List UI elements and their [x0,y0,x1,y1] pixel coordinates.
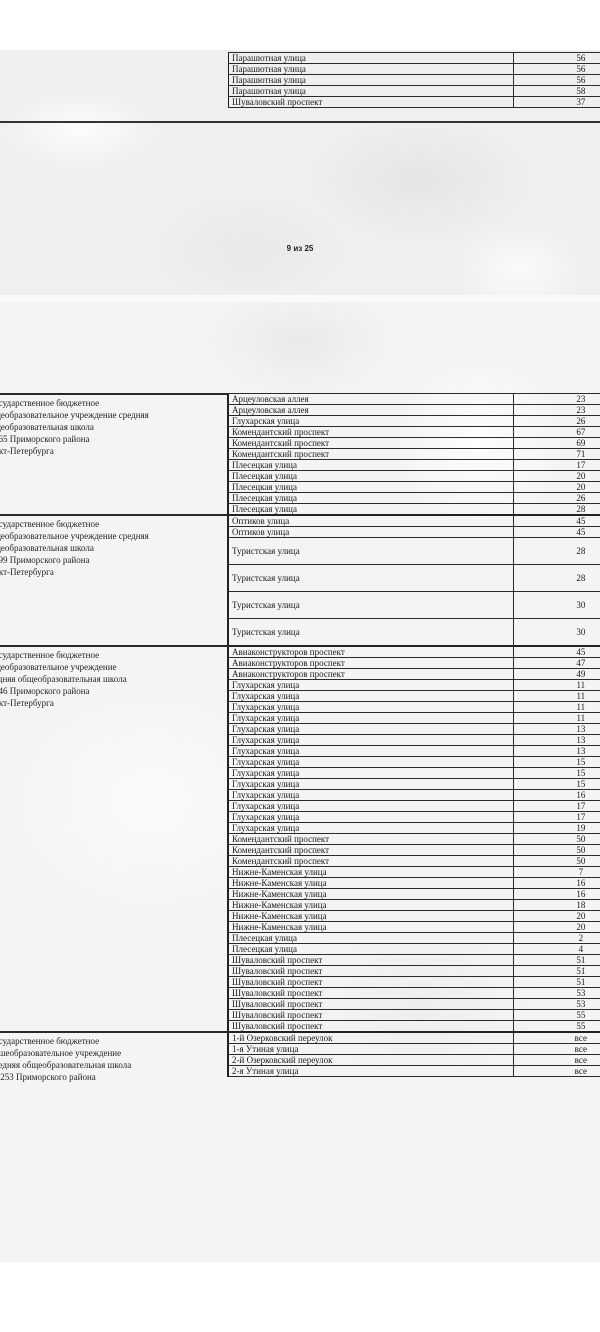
street-cell: Глухарская улица [229,713,514,724]
street-cell: Шуваловский проспект [229,988,514,999]
street-cell: Глухарская улица [229,790,514,801]
table-row: Арцеуловская аллея23 [229,405,600,416]
house-number-cell: 28 [513,538,600,565]
house-number-cell: 11 [513,691,600,702]
street-cell: Оптиков улица [229,527,514,538]
street-cell: Комендантский проспект [229,845,514,856]
house-number-cell: все [513,1055,600,1066]
table-row: 1-й Озерковский переулоквсе [229,1032,600,1044]
house-number-cell: 23 [513,394,600,405]
street-cell: Глухарская улица [229,680,514,691]
street-cell: Туристская улица [229,565,514,592]
house-number-cell: 47 [513,658,600,669]
column-divider [227,1032,229,1077]
street-cell: Глухарская улица [229,812,514,823]
table-row: Шуваловский проспект55 [229,1010,600,1021]
table-row: Арцеуловская аллея23 [229,394,600,405]
street-cell: Глухарская улица [229,702,514,713]
house-number-cell: 51 [513,955,600,966]
table-row: Шуваловский проспект51 [229,955,600,966]
street-cell: Оптиков улица [229,515,514,527]
school-name-line: едняя общеобразовательная школа [0,673,220,685]
house-number-cell: 15 [513,757,600,768]
house-number-cell: 69 [513,438,600,449]
street-cell: Нижне-Каменская улица [229,922,514,933]
street-cell: Плесецкая улица [229,493,514,504]
house-number-cell: 11 [513,680,600,691]
table-row: Плесецкая улица20 [229,471,600,482]
house-number-cell: 15 [513,779,600,790]
column-divider [227,394,229,516]
table-row: Нижне-Каменская улица20 [229,911,600,922]
house-number-cell: 51 [513,966,600,977]
house-number-cell: 4 [513,944,600,955]
street-cell: Авиаконструкторов проспект [229,658,514,669]
house-number-cell: 20 [513,911,600,922]
street-cell: Глухарская улица [229,801,514,812]
column-divider [227,515,229,646]
house-number-cell: все [513,1032,600,1044]
house-number-cell: 20 [513,482,600,493]
table-row: Глухарская улица11 [229,702,600,713]
table-row: Плесецкая улица2 [229,933,600,944]
school-name-line: щеобразовательное учреждение средняя [0,530,220,542]
table-row: Плесецкая улица4 [229,944,600,955]
school-name-line: осударственное бюджетное [0,1035,220,1047]
house-number-cell: 11 [513,713,600,724]
street-cell: Глухарская улица [229,757,514,768]
street-cell: Плесецкая улица [229,482,514,493]
street-cell: Плесецкая улица [229,471,514,482]
house-number-cell: 58 [513,86,600,97]
table-row: Глухарская улица11 [229,680,600,691]
table-row: Комендантский проспект50 [229,845,600,856]
house-number-cell: 11 [513,702,600,713]
page-break [0,295,600,302]
house-number-cell: 20 [513,471,600,482]
house-number-cell: 7 [513,867,600,878]
street-cell: Глухарская улица [229,746,514,757]
table-row: Плесецкая улица28 [229,504,600,516]
school-name-line: бшеобразовательное учреждение [0,1047,220,1059]
house-number-cell: 17 [513,460,600,471]
group-divider [0,393,228,395]
house-number-cell: 37 [513,97,600,108]
house-number-cell: 51 [513,977,600,988]
house-number-cell: 19 [513,823,600,834]
house-number-cell: 50 [513,856,600,867]
table-row: Туристская улица28 [229,565,600,592]
street-cell: Нижне-Каменская улица [229,911,514,922]
table-row: Комендантский проспект50 [229,856,600,867]
school-name-line: нкт-Петербурга [0,697,220,709]
table-row: Оптиков улица45 [229,515,600,527]
house-number-cell: 17 [513,812,600,823]
group-divider [0,514,228,516]
table-row: Нижне-Каменская улица20 [229,922,600,933]
house-number-cell: 13 [513,724,600,735]
table-row: Нижне-Каменская улица18 [229,900,600,911]
house-number-cell: 56 [513,53,600,64]
street-cell: 2-я Утиная улица [229,1066,514,1077]
table-row: Глухарская улица15 [229,768,600,779]
street-cell: Шуваловский проспект [229,1010,514,1021]
table-row: Нижне-Каменская улица16 [229,878,600,889]
house-number-cell: 26 [513,416,600,427]
street-cell: Комендантский проспект [229,856,514,867]
table-row: Глухарская улица15 [229,757,600,768]
street-cell: Шуваловский проспект [229,955,514,966]
house-number-cell: 53 [513,988,600,999]
street-cell: 2-й Озерковский переулок [229,1055,514,1066]
table-row: Глухарская улица11 [229,713,600,724]
street-cell: Парашютная улица [229,53,514,64]
table-row: Комендантский проспект69 [229,438,600,449]
table-row: Парашютная улица56 [229,64,600,75]
table-row: 2-я Утиная улицавсе [229,1066,600,1077]
school-name-line: нкт-Петербурга [0,566,220,578]
street-cell: Туристская улица [229,619,514,647]
house-number-cell: 16 [513,790,600,801]
house-number-cell: 30 [513,619,600,647]
table-row: Комендантский проспект71 [229,449,600,460]
house-number-cell: 16 [513,889,600,900]
street-cell: Авиаконструкторов проспект [229,646,514,658]
table-row: Нижне-Каменская улица7 [229,867,600,878]
street-cell: Шуваловский проспект [229,97,514,108]
school-name-line: щеобразовательная школа [0,421,220,433]
table-row: Глухарская улица15 [229,779,600,790]
house-number-cell: 18 [513,900,600,911]
table-row: Глухарская улица13 [229,724,600,735]
table-row: Шуваловский проспект53 [229,999,600,1010]
street-cell: Шуваловский проспект [229,1021,514,1033]
table-row: Глухарская улица17 [229,812,600,823]
street-cell: Нижне-Каменская улица [229,889,514,900]
house-number-cell: 30 [513,592,600,619]
house-number-cell: 28 [513,504,600,516]
street-cell: Глухарская улица [229,691,514,702]
page-number: 9 из 25 [0,244,600,253]
house-number-cell: все [513,1044,600,1055]
street-cell: Глухарская улица [229,779,514,790]
street-cell: Туристская улица [229,538,514,565]
table-row: Шуваловский проспект51 [229,966,600,977]
street-cell: Парашютная улица [229,75,514,86]
house-number-cell: 2 [513,933,600,944]
house-number-cell: 55 [513,1010,600,1021]
table-row: Авиаконструкторов проспект49 [229,669,600,680]
school-name: осударственное бюджетноещеобразовательно… [0,397,220,457]
street-cell: Нижне-Каменская улица [229,878,514,889]
table-row: Шуваловский проспект55 [229,1021,600,1033]
column-divider [227,646,229,1032]
house-number-cell: 50 [513,845,600,856]
street-cell: Глухарская улица [229,416,514,427]
street-cell: Нижне-Каменская улица [229,900,514,911]
street-cell: Глухарская улица [229,823,514,834]
table-row: Парашютная улица56 [229,75,600,86]
house-number-cell: 26 [513,493,600,504]
table-row: Шуваловский проспект37 [229,97,600,108]
house-number-cell: 67 [513,427,600,438]
house-number-cell: 20 [513,922,600,933]
street-cell: Комендантский проспект [229,427,514,438]
street-cell: Комендантский проспект [229,438,514,449]
table-row: Туристская улица30 [229,592,600,619]
table-row: Глухарская улица16 [229,790,600,801]
street-cell: Комендантский проспект [229,834,514,845]
street-cell: Комендантский проспект [229,449,514,460]
table-row: Оптиков улица45 [229,527,600,538]
group-divider [0,645,228,647]
house-number-cell: 13 [513,746,600,757]
house-number-cell: 17 [513,801,600,812]
house-number-cell: 55 [513,1021,600,1033]
address-table-page-9: Парашютная улица56Парашютная улица56Пара… [228,52,600,108]
address-table-page-10: Арцеуловская аллея23Арцеуловская аллея23… [228,393,600,1077]
house-number-cell: 45 [513,646,600,658]
house-number-cell: 45 [513,515,600,527]
table-row: Парашютная улица58 [229,86,600,97]
street-cell: Глухарская улица [229,724,514,735]
house-number-cell: 13 [513,735,600,746]
table-row: Шуваловский проспект51 [229,977,600,988]
school-name-line: осударственное бюджетное [0,518,220,530]
school-name-line: ё 253 Приморского района [0,1071,220,1083]
table-row: Глухарская улица13 [229,735,600,746]
street-cell: Нижне-Каменская улица [229,867,514,878]
street-cell: Глухарская улица [229,768,514,779]
table-row: Глухарская улица13 [229,746,600,757]
street-cell: Шуваловский проспект [229,977,514,988]
table-row: Авиаконструкторов проспект47 [229,658,600,669]
table-row: 1-я Утиная улицавсе [229,1044,600,1055]
table-row: Глухарская улица26 [229,416,600,427]
school-name-line: редняя общеобразовательная школа [0,1059,220,1071]
table-bottom-rule [0,121,600,123]
street-cell: Плесецкая улица [229,504,514,516]
street-cell: Парашютная улица [229,86,514,97]
school-name: осударственное бюджетноещеобразовательно… [0,649,220,709]
street-cell: Плесецкая улица [229,933,514,944]
table-row: Плесецкая улица26 [229,493,600,504]
street-cell: Шуваловский проспект [229,966,514,977]
street-cell: Глухарская улица [229,735,514,746]
street-cell: Арцеуловская аллея [229,405,514,416]
school-name-line: щеобразовательная школа [0,542,220,554]
table-row: Плесецкая улица17 [229,460,600,471]
street-cell: 1-й Озерковский переулок [229,1032,514,1044]
school-name-line: 199 Приморского района [0,554,220,566]
table-row: Комендантский проспект67 [229,427,600,438]
table-row: Авиаконструкторов проспект45 [229,646,600,658]
street-cell: Плесецкая улица [229,944,514,955]
school-name: осударственное бюджетноещеобразовательно… [0,518,220,578]
street-cell: 1-я Утиная улица [229,1044,514,1055]
table-row: Туристская улица30 [229,619,600,647]
group-divider [0,1031,228,1033]
house-number-cell: 49 [513,669,600,680]
house-number-cell: 15 [513,768,600,779]
house-number-cell: 23 [513,405,600,416]
house-number-cell: 56 [513,75,600,86]
house-number-cell: 53 [513,999,600,1010]
street-cell: Туристская улица [229,592,514,619]
house-number-cell: 28 [513,565,600,592]
house-number-cell: 16 [513,878,600,889]
table-row: Глухарская улица11 [229,691,600,702]
street-cell: Арцеуловская аллея [229,394,514,405]
street-cell: Шуваловский проспект [229,999,514,1010]
table-row: Плесецкая улица20 [229,482,600,493]
house-number-cell: 45 [513,527,600,538]
school-name-line: осударственное бюджетное [0,397,220,409]
house-number-cell: 50 [513,834,600,845]
school-name-line: щеобразовательное учреждение [0,661,220,673]
table-row: Парашютная улица56 [229,53,600,64]
table-row: Нижне-Каменская улица16 [229,889,600,900]
table-row: Туристская улица28 [229,538,600,565]
table-row: Шуваловский проспект53 [229,988,600,999]
house-number-cell: 71 [513,449,600,460]
school-name: осударственное бюджетноебшеобразовательн… [0,1035,220,1083]
house-number-cell: 56 [513,64,600,75]
street-cell: Парашютная улица [229,64,514,75]
table-row: Комендантский проспект50 [229,834,600,845]
school-name-line: 165 Приморского района [0,433,220,445]
house-number-cell: все [513,1066,600,1077]
table-row: Глухарская улица19 [229,823,600,834]
school-name-line: нкт-Петербурга [0,445,220,457]
table-row: Глухарская улица17 [229,801,600,812]
street-cell: Авиаконструкторов проспект [229,669,514,680]
school-name-line: щеобразовательное учреждение средняя [0,409,220,421]
school-name-line: осударственное бюджетное [0,649,220,661]
table-row: 2-й Озерковский переулоквсе [229,1055,600,1066]
street-cell: Плесецкая улица [229,460,514,471]
school-name-line: 246 Приморского района [0,685,220,697]
